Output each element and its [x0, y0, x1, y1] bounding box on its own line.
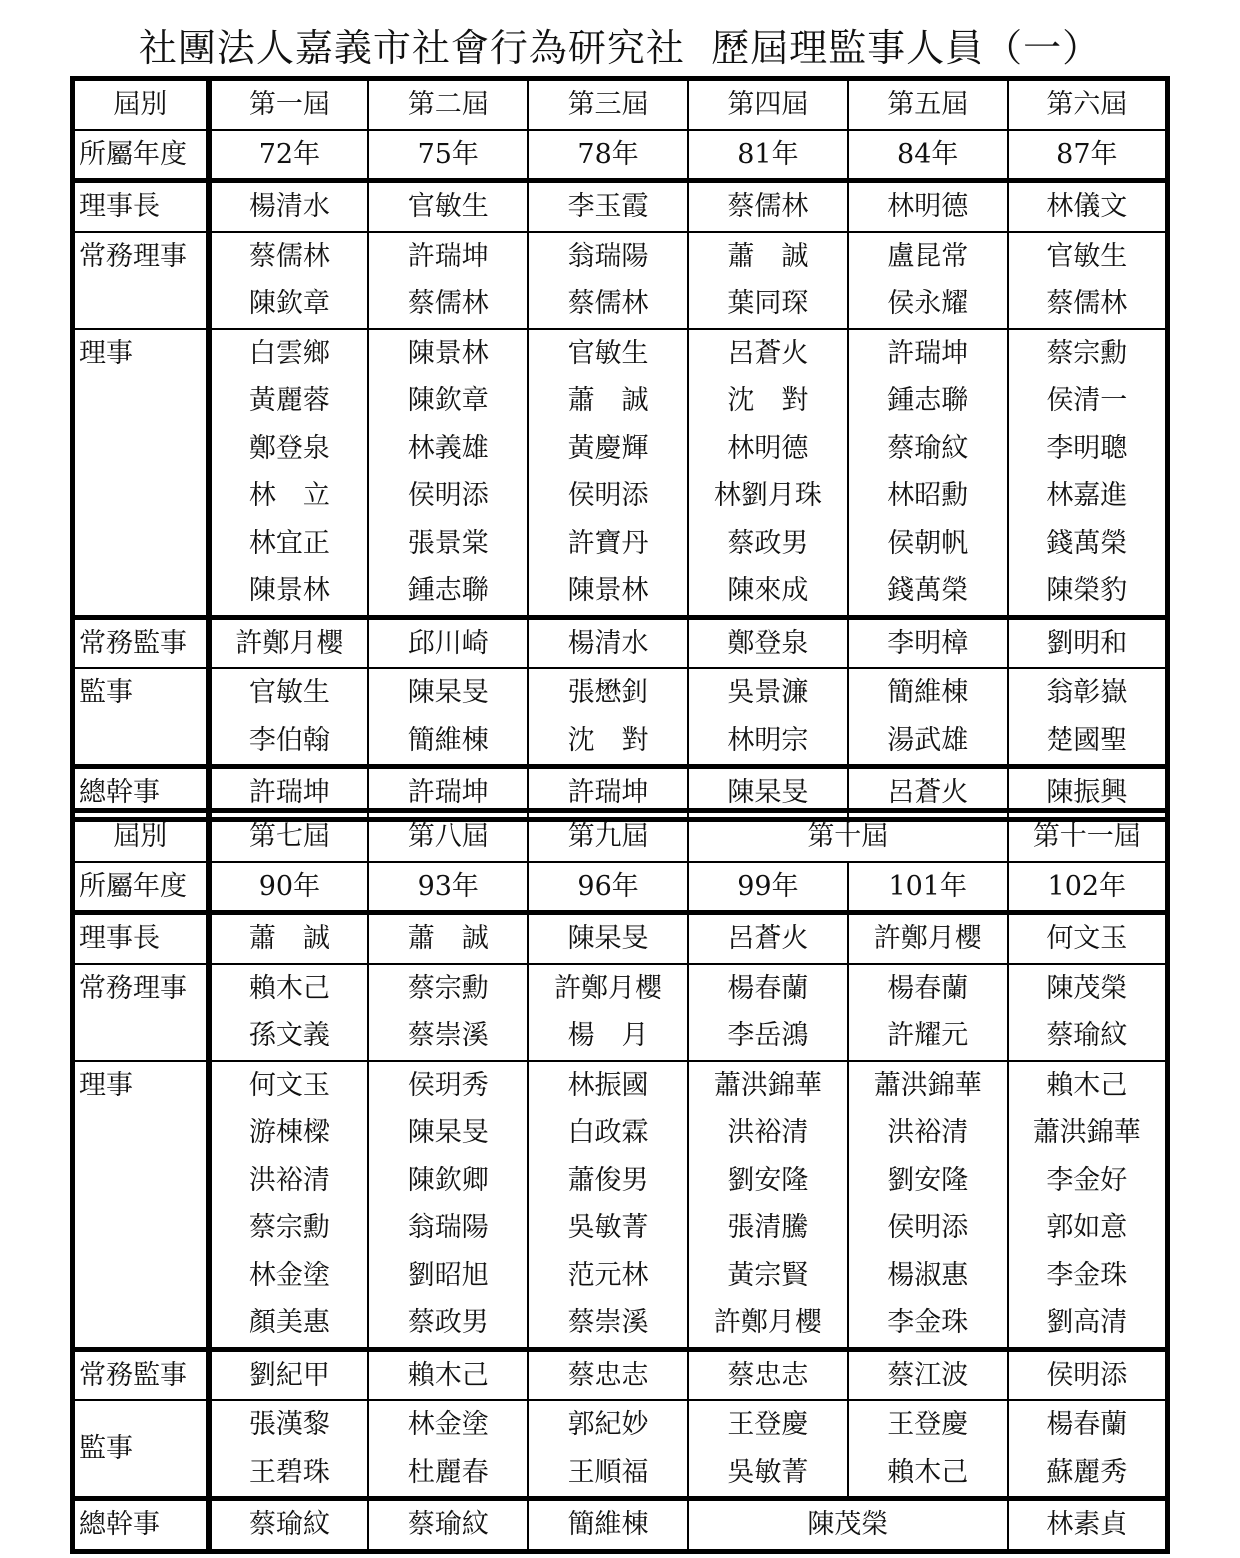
chairman-cell: 呂蒼火: [688, 913, 848, 964]
chairman-cell: 蕭 誠: [368, 913, 528, 964]
directors-cell: 賴木己蕭洪錦華李金好郭如意李金珠劉高清: [1008, 1061, 1168, 1350]
year-row: 所屬年度 90年 93年 96年 99年 101年 102年: [73, 862, 1168, 913]
year-cell: 75年: [368, 130, 528, 181]
row-label-year: 所屬年度: [73, 130, 209, 181]
directors-cell: 林振國白政霖蕭俊男吳敏菁范元林蔡崇溪: [528, 1061, 688, 1350]
chairman-cell: 官敏生: [368, 181, 528, 232]
year-cell: 90年: [209, 862, 369, 913]
standing-supervisor-cell: 蔡江波: [848, 1349, 1008, 1400]
row-label-standing-directors: 常務理事: [73, 964, 209, 1061]
standing-supervisor-cell: 許鄭月櫻: [209, 617, 369, 668]
supervisors-cell: 翁彰嶽楚國聖: [1008, 668, 1168, 767]
chairman-row: 理事長 蕭 誠 蕭 誠 陳杲旻 呂蒼火 許鄭月櫻 何文玉: [73, 913, 1168, 964]
standing-directors-cell: 許瑞坤蔡儒林: [368, 232, 528, 329]
term-cell: 第一屆: [209, 79, 369, 130]
standing-supervisor-cell: 李明樟: [848, 617, 1008, 668]
chairman-row: 理事長 楊清水 官敏生 李玉霞 蔡儒林 林明德 林儀文: [73, 181, 1168, 232]
year-cell: 72年: [209, 130, 369, 181]
supervisors-cell: 張漢黎王碧珠: [209, 1400, 369, 1499]
directors-cell: 蔡宗勳侯清一李明聰林嘉進錢萬榮陳榮豹: [1008, 329, 1168, 618]
directors-row: 理事 何文玉游棟樑洪裕清蔡宗勳林金塗顏美惠 侯玥秀陳杲旻陳欽卿翁瑞陽劉昭旭蔡政男…: [73, 1061, 1168, 1350]
directors-cell: 侯玥秀陳杲旻陳欽卿翁瑞陽劉昭旭蔡政男: [368, 1061, 528, 1350]
secretary-general-cell-merged: 陳茂榮: [688, 1499, 1008, 1552]
standing-directors-cell: 許鄭月櫻楊 月: [528, 964, 688, 1061]
term-cell: 第四屆: [688, 79, 848, 130]
term-cell: 第七屆: [209, 811, 369, 862]
directors-cell: 蕭洪錦華洪裕清劉安隆侯明添楊淑惠李金珠: [848, 1061, 1008, 1350]
directors-cell: 白雲鄉黃麗蓉鄭登泉林 立林宜正陳景林: [209, 329, 369, 618]
term-cell: 第三屆: [528, 79, 688, 130]
directors-cell: 蕭洪錦華洪裕清劉安隆張清騰黃宗賢許鄭月櫻: [688, 1061, 848, 1350]
year-cell: 87年: [1008, 130, 1168, 181]
supervisors-cell: 楊春蘭蘇麗秀: [1008, 1400, 1168, 1499]
secretary-general-cell: 簡維棟: [528, 1499, 688, 1552]
term-cell: 第十一屆: [1008, 811, 1168, 862]
secretary-general-cell: 林素貞: [1008, 1499, 1168, 1552]
secretary-general-cell: 蔡瑜紋: [209, 1499, 369, 1552]
standing-directors-cell: 盧昆常侯永耀: [848, 232, 1008, 329]
roster-table-1: 屆別 第一屆 第二屆 第三屆 第四屆 第五屆 第六屆 所屬年度 72年 75年 …: [70, 76, 1170, 822]
standing-directors-cell: 楊春蘭許耀元: [848, 964, 1008, 1061]
standing-supervisor-cell: 侯明添: [1008, 1349, 1168, 1400]
row-label-directors: 理事: [73, 329, 209, 618]
standing-supervisor-cell: 邱川崎: [368, 617, 528, 668]
year-cell: 102年: [1008, 862, 1168, 913]
standing-directors-cell: 陳茂榮蔡瑜紋: [1008, 964, 1168, 1061]
row-label-standing-supervisor: 常務監事: [73, 617, 209, 668]
directors-cell: 呂蒼火沈 對林明德林劉月珠蔡政男陳來成: [688, 329, 848, 618]
secretary-general-cell: 蔡瑜紋: [368, 1499, 528, 1552]
term-cell: 第五屆: [848, 79, 1008, 130]
supervisors-cell: 王登慶吳敏菁: [688, 1400, 848, 1499]
year-cell: 84年: [848, 130, 1008, 181]
supervisors-cell: 陳杲旻簡維棟: [368, 668, 528, 767]
supervisors-cell: 王登慶賴木己: [848, 1400, 1008, 1499]
row-label-chairman: 理事長: [73, 181, 209, 232]
chairman-cell: 楊清水: [209, 181, 369, 232]
row-label-term: 屆別: [73, 79, 209, 130]
row-label-year: 所屬年度: [73, 862, 209, 913]
standing-supervisor-row: 常務監事 劉紀甲 賴木己 蔡忠志 蔡忠志 蔡江波 侯明添: [73, 1349, 1168, 1400]
directors-row: 理事 白雲鄉黃麗蓉鄭登泉林 立林宜正陳景林 陳景林陳欽章林義雄侯明添張景棠鍾志聯…: [73, 329, 1168, 618]
chairman-cell: 林明德: [848, 181, 1008, 232]
standing-supervisor-row: 常務監事 許鄭月櫻 邱川崎 楊清水 鄭登泉 李明樟 劉明和: [73, 617, 1168, 668]
row-label-term: 屆別: [73, 811, 209, 862]
term-cell-merged: 第十屆: [688, 811, 1008, 862]
standing-directors-cell: 蔡儒林陳欽章: [209, 232, 369, 329]
term-cell: 第二屆: [368, 79, 528, 130]
chairman-cell: 蕭 誠: [209, 913, 369, 964]
year-cell: 99年: [688, 862, 848, 913]
directors-cell: 陳景林陳欽章林義雄侯明添張景棠鍾志聯: [368, 329, 528, 618]
standing-supervisor-cell: 蔡忠志: [688, 1349, 848, 1400]
year-cell: 93年: [368, 862, 528, 913]
standing-supervisor-cell: 劉紀甲: [209, 1349, 369, 1400]
row-label-supervisors: 監事: [73, 1400, 209, 1499]
standing-directors-row: 常務理事 蔡儒林陳欽章 許瑞坤蔡儒林 翁瑞陽蔡儒林 蕭 誠葉同琛 盧昆常侯永耀 …: [73, 232, 1168, 329]
row-label-secretary-general: 總幹事: [73, 1499, 209, 1552]
supervisors-cell: 林金塗杜麗春: [368, 1400, 528, 1499]
standing-supervisor-cell: 劉明和: [1008, 617, 1168, 668]
row-label-standing-directors: 常務理事: [73, 232, 209, 329]
year-cell: 81年: [688, 130, 848, 181]
chairman-cell: 李玉霞: [528, 181, 688, 232]
secretary-general-row: 總幹事 蔡瑜紋 蔡瑜紋 簡維棟 陳茂榮 林素貞: [73, 1499, 1168, 1552]
chairman-cell: 蔡儒林: [688, 181, 848, 232]
standing-directors-cell: 官敏生蔡儒林: [1008, 232, 1168, 329]
directors-cell: 許瑞坤鍾志聯蔡瑜紋林昭勳侯朝帆錢萬榮: [848, 329, 1008, 618]
standing-directors-cell: 楊春蘭李岳鴻: [688, 964, 848, 1061]
term-cell: 第八屆: [368, 811, 528, 862]
row-label-standing-supervisor: 常務監事: [73, 1349, 209, 1400]
standing-directors-cell: 翁瑞陽蔡儒林: [528, 232, 688, 329]
year-cell: 101年: [848, 862, 1008, 913]
standing-directors-cell: 蕭 誠葉同琛: [688, 232, 848, 329]
standing-directors-cell: 蔡宗勳蔡崇溪: [368, 964, 528, 1061]
year-cell: 78年: [528, 130, 688, 181]
supervisors-cell: 張懋釗沈 對: [528, 668, 688, 767]
term-row: 屆別 第一屆 第二屆 第三屆 第四屆 第五屆 第六屆: [73, 79, 1168, 130]
chairman-cell: 許鄭月櫻: [848, 913, 1008, 964]
standing-directors-cell: 賴木己孫文義: [209, 964, 369, 1061]
standing-directors-row: 常務理事 賴木己孫文義 蔡宗勳蔡崇溪 許鄭月櫻楊 月 楊春蘭李岳鴻 楊春蘭許耀元…: [73, 964, 1168, 1061]
supervisors-cell: 官敏生李伯翰: [209, 668, 369, 767]
standing-supervisor-cell: 鄭登泉: [688, 617, 848, 668]
standing-supervisor-cell: 楊清水: [528, 617, 688, 668]
year-cell: 96年: [528, 862, 688, 913]
row-label-supervisors: 監事: [73, 668, 209, 767]
chairman-cell: 陳杲旻: [528, 913, 688, 964]
supervisors-cell: 吳景濂林明宗: [688, 668, 848, 767]
chairman-cell: 林儀文: [1008, 181, 1168, 232]
standing-supervisor-cell: 蔡忠志: [528, 1349, 688, 1400]
row-label-chairman: 理事長: [73, 913, 209, 964]
chairman-cell: 何文玉: [1008, 913, 1168, 964]
directors-cell: 何文玉游棟樑洪裕清蔡宗勳林金塗顏美惠: [209, 1061, 369, 1350]
directors-cell: 官敏生蕭 誠黃慶輝侯明添許寶丹陳景林: [528, 329, 688, 618]
roster-table-2: 屆別 第七屆 第八屆 第九屆 第十屆 第十一屆 所屬年度 90年 93年 96年…: [70, 808, 1170, 1554]
supervisors-cell: 郭紀妙王順福: [528, 1400, 688, 1499]
row-label-directors: 理事: [73, 1061, 209, 1350]
term-cell: 第六屆: [1008, 79, 1168, 130]
supervisors-cell: 簡維棟湯武雄: [848, 668, 1008, 767]
standing-supervisor-cell: 賴木己: [368, 1349, 528, 1400]
supervisors-row: 監事 張漢黎王碧珠 林金塗杜麗春 郭紀妙王順福 王登慶吳敏菁 王登慶賴木己 楊春…: [73, 1400, 1168, 1499]
supervisors-row: 監事 官敏生李伯翰 陳杲旻簡維棟 張懋釗沈 對 吳景濂林明宗 簡維棟湯武雄 翁彰…: [73, 668, 1168, 767]
document-title: 社團法人嘉義市社會行為研究社 歷屆理監事人員（一）: [70, 20, 1170, 76]
term-row: 屆別 第七屆 第八屆 第九屆 第十屆 第十一屆: [73, 811, 1168, 862]
term-cell: 第九屆: [528, 811, 688, 862]
year-row: 所屬年度 72年 75年 78年 81年 84年 87年: [73, 130, 1168, 181]
